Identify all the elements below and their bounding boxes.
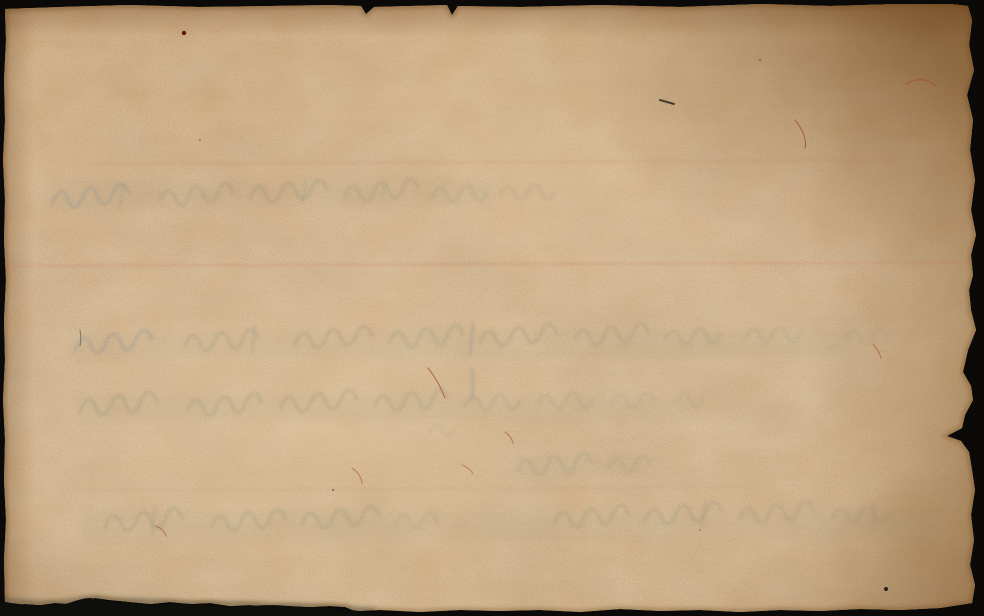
ink-speck (699, 529, 701, 531)
ink-speck (182, 31, 186, 35)
ink-speck (199, 139, 201, 141)
scanned-paper-image (0, 0, 984, 616)
scanned-paper-svg (0, 0, 984, 616)
ink-speck (884, 587, 888, 591)
showthrough-stroke (472, 370, 473, 398)
showthrough-stroke (872, 502, 874, 524)
smudge-row (80, 512, 940, 540)
smudge-row (70, 332, 855, 358)
ink-speck (759, 59, 762, 62)
smudge-row (48, 180, 493, 208)
ink-speck (332, 489, 334, 491)
